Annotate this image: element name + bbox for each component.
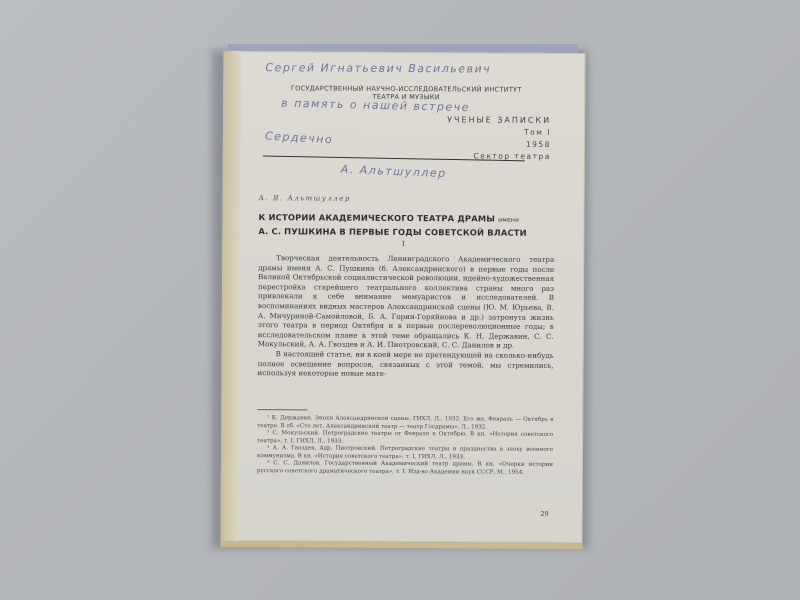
handwritten-inscription-line1: Сергей Игнатьевич Васильевич	[265, 61, 491, 75]
series-year: 1958	[447, 138, 551, 151]
handwritten-inscription-line3: Сердечно	[265, 129, 334, 146]
page-number: 29	[540, 510, 548, 518]
title-line1: К ИСТОРИИ АКАДЕМИЧЕСКОГО ТЕАТРА ДРАМЫ	[258, 212, 495, 223]
institution-header: ГОСУДАРСТВЕННЫЙ НАУЧНО-ИССЛЕДОВАТЕЛЬСКИЙ…	[281, 84, 531, 102]
handwritten-signature: А. Альтшуллер	[341, 163, 447, 180]
section-number: I	[222, 239, 584, 249]
footnote-rule	[257, 409, 307, 410]
series-volume: Том I	[447, 126, 551, 139]
article-author: А. Я. Альтшуллер	[259, 194, 351, 203]
institution-line2: ТЕАТРА И МУЗЫКИ	[281, 92, 531, 102]
page-spine	[221, 51, 242, 541]
body-paragraph: Творческая деятельность Ленинградского А…	[258, 253, 555, 351]
series-name: УЧЕНЫЕ ЗАПИСКИ	[447, 114, 551, 127]
title-line1-small: имени	[498, 217, 519, 224]
article-title: К ИСТОРИИ АКАДЕМИЧЕСКОГО ТЕАТРА ДРАМЫ им…	[258, 211, 558, 239]
title-line2: А. С. ПУШКИНА В ПЕРВЫЕ ГОДЫ СОВЕТСКОЙ ВЛ…	[258, 225, 558, 239]
body-paragraph: В настоящей статье, ни в коей мере не пр…	[258, 349, 554, 380]
document-page: Сергей Игнатьевич Васильевич в память о …	[221, 51, 586, 543]
footnotes: ¹ К. Державин. Эпохи Александринской сце…	[257, 415, 553, 477]
series-sector: Сектор театра	[447, 150, 551, 163]
footnote: ⁴ С. С. Данилов. Государственный Академи…	[257, 460, 553, 477]
article-body: Творческая деятельность Ленинградского А…	[258, 253, 555, 380]
series-info: УЧЕНЫЕ ЗАПИСКИ Том I 1958 Сектор театра	[447, 114, 551, 163]
